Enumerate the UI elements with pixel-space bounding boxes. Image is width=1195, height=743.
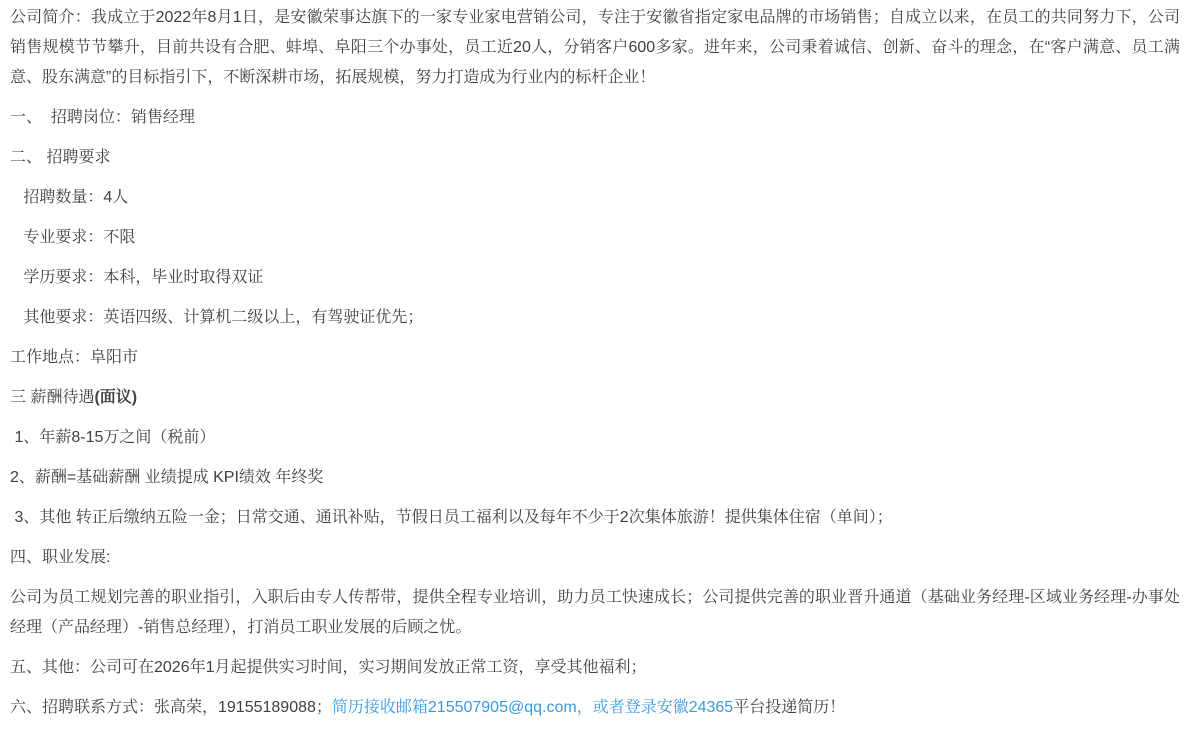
section-6-contact: 六、招聘联系方式：张高荣，19155189088；简历接收邮箱215507905… [10,693,1180,723]
section-4-career: 四、职业发展: [10,543,1180,573]
text-run: 四、职业发展: [10,549,110,566]
text-run: 六、招聘联系方式：张高荣，19155189088； [10,699,332,716]
requirement-education: 学历要求：本科，毕业时取得双证 [10,263,1180,293]
text-run: 公司为员工规划完善的职业指引，入职后由专人传帮带，提供全程专业培训，助力员工快速… [10,589,1180,636]
company-intro: 公司简介：我成立于2022年8月1日，是安徽荣事达旗下的一家专业家电营销公司，专… [10,3,1180,93]
text-run: 1、年薪8-15万之间（税前） [10,429,215,446]
requirement-major: 专业要求：不限 [10,223,1180,253]
section-5-other: 五、其他：公司可在2026年1月起提供实习时间，实习期间发放正常工资，享受其他福… [10,653,1180,683]
salary-structure: 2、薪酬=基础薪酬 业绩提成 KPI绩效 年终奖 [10,463,1180,493]
text-run: 一、 招聘岗位：销售经理 [10,109,195,126]
resume-email-link[interactable]: 简历接收邮箱215507905@qq.com，或者登录安徽24365 [332,699,733,716]
text-run: (面议) [94,389,137,406]
requirement-count: 招聘数量：4人 [10,183,1180,213]
section-2-requirements: 二、 招聘要求 [10,143,1180,173]
text-run: 五、其他：公司可在2026年1月起提供实习时间，实习期间发放正常工资，享受其他福… [10,659,647,676]
text-run: 工作地点：阜阳市 [10,349,138,366]
text-run: 公司简介：我成立于2022年8月1日，是安徽荣事达旗下的一家专业家电营销公司，专… [10,9,1180,86]
career-development: 公司为员工规划完善的职业指引，入职后由专人传帮带，提供全程专业培训，助力员工快速… [10,583,1180,643]
section-3-salary: 三 薪酬待遇(面议) [10,383,1180,413]
document-body: 公司简介：我成立于2022年8月1日，是安徽荣事达旗下的一家专业家电营销公司，专… [10,3,1180,723]
text-run: 其他要求：英语四级、计算机二级以上，有驾驶证优先； [10,309,423,326]
text-run: 专业要求：不限 [10,229,135,246]
work-location: 工作地点：阜阳市 [10,343,1180,373]
text-run: 学历要求：本科，毕业时取得双证 [10,269,263,286]
text-run: 招聘数量：4人 [10,189,128,206]
requirement-other: 其他要求：英语四级、计算机二级以上，有驾驶证优先； [10,303,1180,333]
section-1-position: 一、 招聘岗位：销售经理 [10,103,1180,133]
text-run: 平台投递简历！ [733,699,845,716]
salary-annual: 1、年薪8-15万之间（税前） [10,423,1180,453]
text-run: 三 薪酬待遇 [10,389,94,406]
text-run: 二、 招聘要求 [10,149,110,166]
salary-benefits: 3、其他 转正后缴纳五险一金；日常交通、通讯补贴，节假日员工福利以及每年不少于2… [10,503,1180,533]
text-run: 3、其他 转正后缴纳五险一金；日常交通、通讯补贴，节假日员工福利以及每年不少于2… [10,509,893,526]
job-posting-document: 公司简介：我成立于2022年8月1日，是安徽荣事达旗下的一家专业家电营销公司，专… [0,0,1195,743]
text-run: 2、薪酬=基础薪酬 业绩提成 KPI绩效 年终奖 [10,469,323,486]
